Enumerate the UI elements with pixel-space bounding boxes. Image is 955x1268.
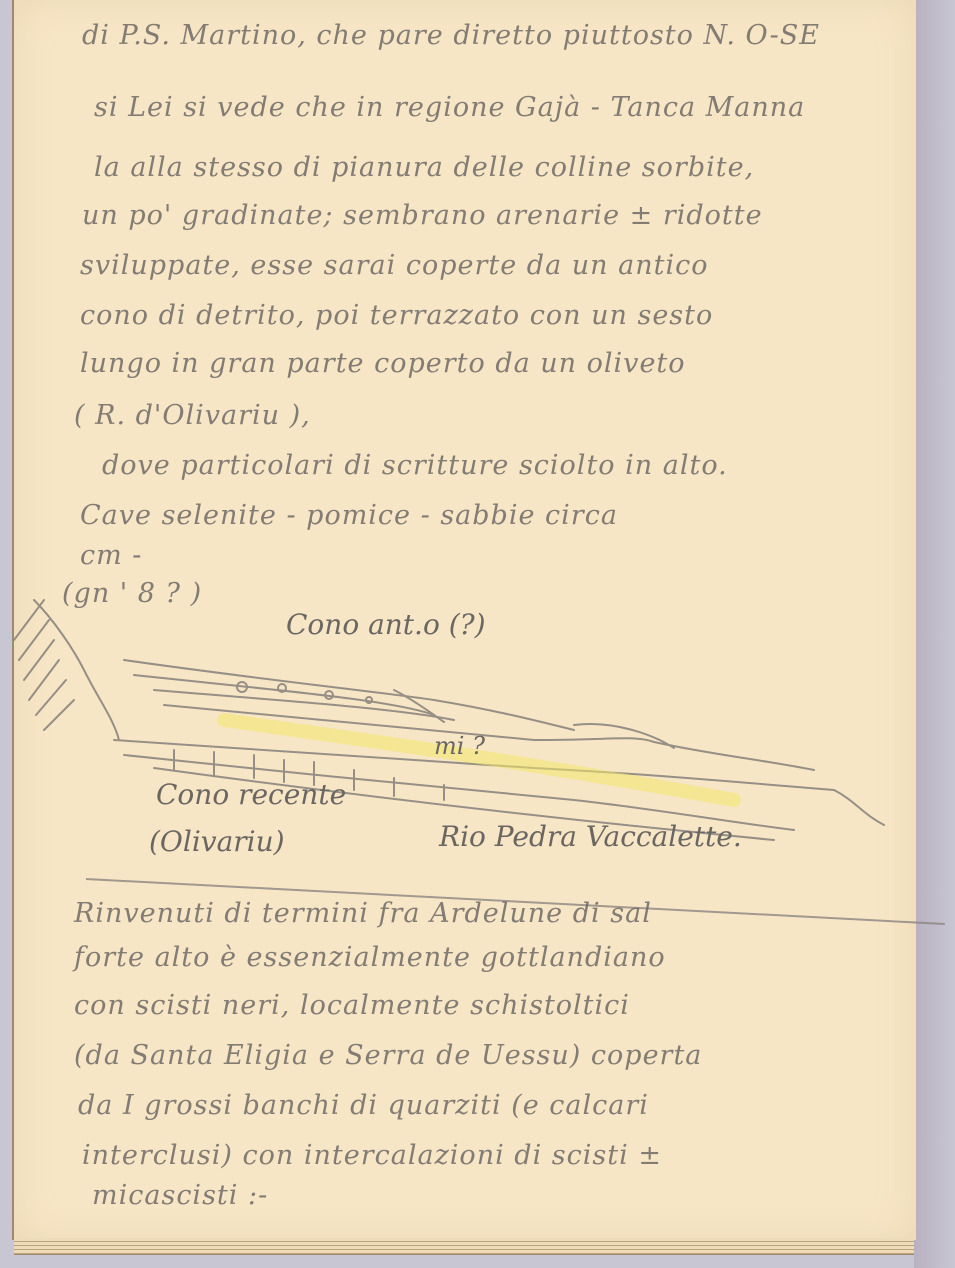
text-line: forte alto è essenzialmente gottlandiano bbox=[74, 942, 666, 973]
text-line: micascisti :- bbox=[92, 1180, 268, 1211]
sketch-label-right: Rio Pedra Vaccalette. bbox=[439, 820, 742, 853]
notebook-page: di P.S. Martino, che pare diretto piutto… bbox=[12, 0, 916, 1240]
background-shadow bbox=[914, 0, 955, 1268]
sketch-label-left-1: Cono recente bbox=[156, 778, 346, 811]
text-line: Rinvenuti di termini fra Ardelune di sal bbox=[74, 898, 652, 929]
text-line: da I grossi banchi di quarziti (e calcar… bbox=[78, 1090, 649, 1121]
sketch-label-left-2: (Olivariu) bbox=[149, 825, 285, 858]
sketch-label-middle: mi ? bbox=[434, 732, 485, 760]
sketch-label-top: Cono ant.o (?) bbox=[286, 608, 486, 641]
geological-cross-section-sketch bbox=[14, 0, 916, 900]
page-stack-edges bbox=[14, 1238, 914, 1255]
text-line: (da Santa Eligia e Serra de Uessu) coper… bbox=[74, 1040, 702, 1071]
text-line: con scisti neri, localmente schistoltici bbox=[74, 990, 630, 1021]
text-line: interclusi) con intercalazioni di scisti… bbox=[82, 1140, 662, 1171]
